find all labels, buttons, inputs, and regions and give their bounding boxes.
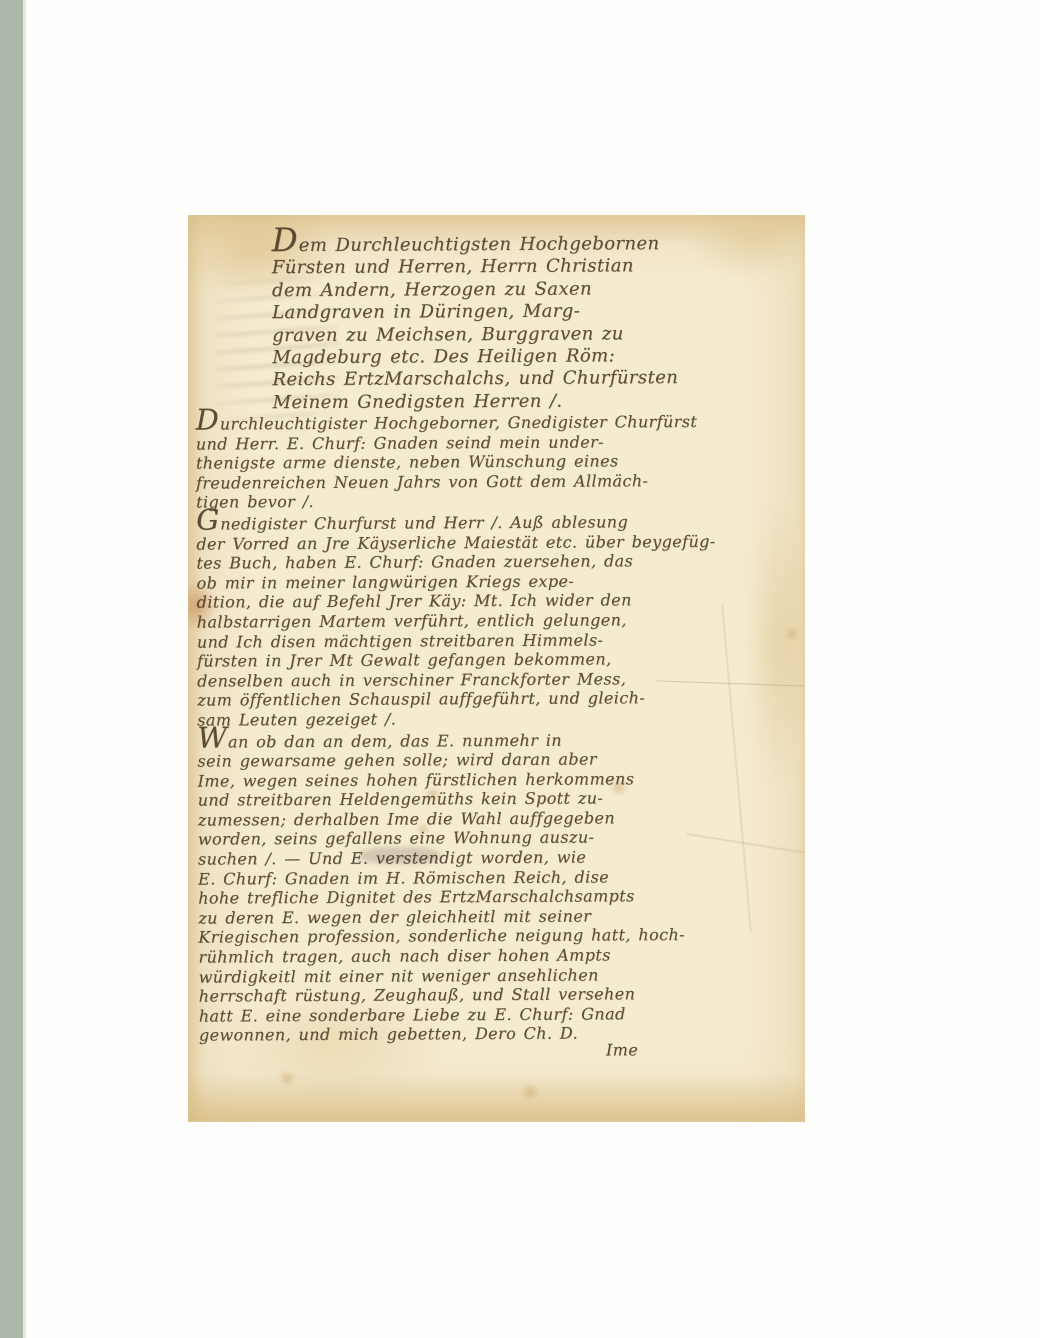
address-line: graven zu Meichsen, Burggraven zu [272,323,678,348]
address-block: Dem Durchleuchtigsten Hochgebornen Fürst… [272,230,679,414]
address-line: dem Andern, Herzogen zu Saxen [272,278,678,303]
paragraph-lodging-choice: Wan ob dan an dem, das E. nunmehr in sei… [197,727,799,1046]
letter-body: Durchleuchtigister Hochgeborner, Gnedigi… [196,409,799,1045]
body-line: Gnedigister Churfurst und Herr /. Auß ab… [196,509,796,534]
catchword: Ime [606,1040,638,1059]
manuscript-page: Dem Durchleuchtigsten Hochgebornen Fürst… [188,215,805,1122]
body-line: Durchleuchtigister Hochgeborner, Gnedigi… [196,409,796,434]
body-line: gewonnen, und mich gebetten, Dero Ch. D. [199,1023,799,1046]
paragraph-mars-captured: Gnedigister Churfurst und Herr /. Auß ab… [196,509,797,730]
paragraph-new-year-greeting: Durchleuchtigister Hochgeborner, Gnedigi… [196,409,797,512]
address-line: Dem Durchleuchtigsten Hochgebornen [272,230,678,258]
body-line: Wan ob dan an dem, das E. nunmehr in [197,727,797,752]
scan-background: Dem Durchleuchtigsten Hochgebornen Fürst… [26,0,1040,1338]
green-spine-strip [0,0,26,1338]
address-line: Reichs ErtzMarschalchs, und Churfürsten [272,367,678,392]
address-line: Landgraven in Düringen, Marg- [272,300,678,325]
address-line: Magdeburg etc. Des Heiligen Röm: [272,345,678,370]
address-line: Fürsten und Herren, Herrn Christian [272,255,678,280]
handwriting-layer: Dem Durchleuchtigsten Hochgebornen Fürst… [188,215,805,1122]
